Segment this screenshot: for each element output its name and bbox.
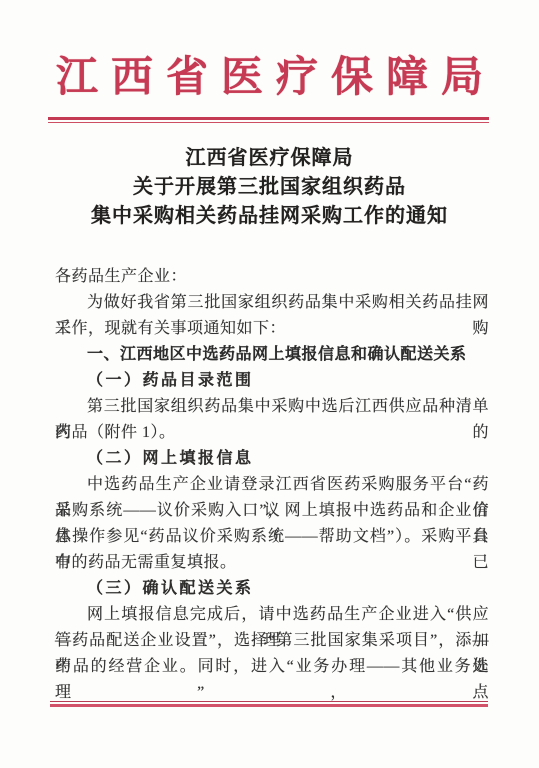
letterhead-divider-thin-bar [48,122,489,123]
paragraph-line: 体操作参见“药品议价采购系统——帮助文档”）。采购平台中已 [55,524,489,550]
document-title: 江西省医疗保障局 关于开展第三批国家组织药品 集中采购相关药品挂网采购工作的通知 [0,144,539,231]
title-line-1: 江西省医疗保障局 [0,144,539,173]
paragraph-line: 网上填报信息完成后，请中选药品生产企业进入“供应管理— [55,602,489,628]
paragraph-line: 为做好我省第三批国家组织药品集中采购相关药品挂网采购 [55,290,489,316]
subsection-heading: （二）网上填报信息 [55,446,489,472]
subsection-heading: （三）确认配送关系 [55,576,489,602]
paragraph-line: 采购系统——议价采购入口”，网上填报中选药品和企业信息（具 [55,498,489,524]
document-page: 江西省医疗保障局 江西省医疗保障局 关于开展第三批国家组织药品 集中采购相关药品… [0,0,539,768]
paragraph-line: —药品配送企业设置”，选择“第三批国家集采项目”，添加中选 [55,628,489,654]
footer-divider [50,701,488,707]
salutation-line: 各药品生产企业： [55,264,489,290]
section-heading: 一、江西地区中选药品网上填报信息和确认配送关系 [55,342,489,368]
paragraph-line: 中选药品生产企业请登录江西省医药采购服务平台“药品议价 [55,472,489,498]
title-line-3: 集中采购相关药品挂网采购工作的通知 [0,202,539,231]
document-body: 各药品生产企业： 为做好我省第三批国家组织药品集中采购相关药品挂网采购 工作，现… [55,264,489,680]
paragraph-line: 药品的经营企业。同时，进入“业务办理——其他业务处理”，点 [55,654,489,680]
letterhead-agency-name: 江西省医疗保障局 [0,50,539,106]
paragraph-line: 第三批国家组织药品集中采购中选后江西供应品种清单内的 [55,394,489,420]
footer-divider-thick-bar [50,704,488,707]
title-line-2: 关于开展第三批国家组织药品 [0,173,539,202]
subsection-heading: （一）药品目录范围 [55,368,489,394]
letterhead-divider [48,117,489,123]
